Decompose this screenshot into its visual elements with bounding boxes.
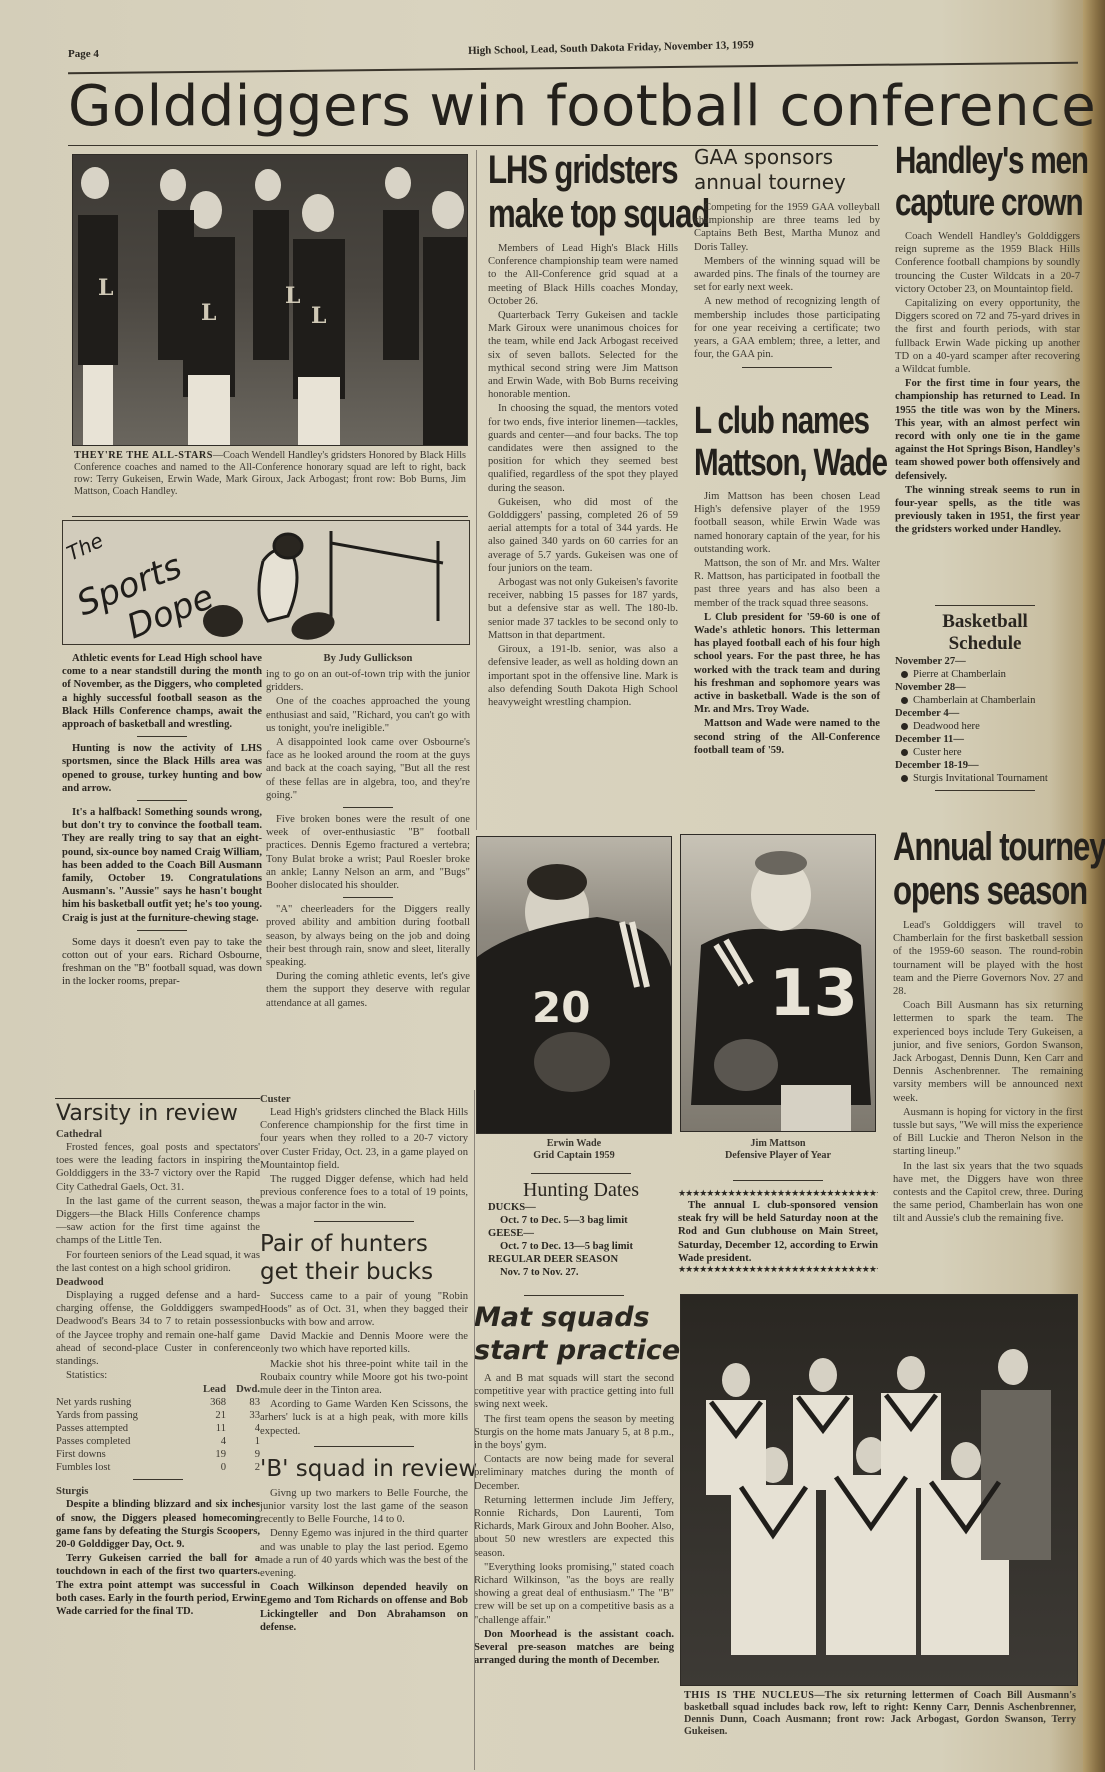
- nucleus-caption: THIS IS THE NUCLEUS—The six returning le…: [684, 1690, 1076, 1738]
- svg-text:The: The: [63, 528, 107, 565]
- svg-text:L: L: [285, 283, 300, 309]
- schedule-item: Chamberlain at Chamberlain: [895, 694, 1075, 707]
- caption-lead: THEY'RE THE ALL-STARS: [74, 450, 213, 461]
- mattson-caption: Jim Mattson Defensive Player of Year: [680, 1138, 876, 1162]
- table-row: Fumbles lost02: [56, 1461, 260, 1474]
- steak-fry-notice: ★★★★★★★★★★★★★★★★★★★★★★★★★★★★★ The annual…: [678, 1180, 878, 1275]
- schedule-item: Pierre at Chamberlain: [895, 668, 1075, 681]
- schedule-item: Deadwood here: [895, 720, 1075, 733]
- schedule-item: Custer here: [895, 746, 1075, 759]
- allstars-caption: THEY'RE THE ALL-STARS—Coach Wendell Hand…: [74, 450, 466, 498]
- svg-text:20: 20: [532, 983, 590, 1032]
- varsity-review-title: Varsity in review: [56, 1100, 260, 1128]
- gaa-article: GAA sponsors annual tourney Competing fo…: [694, 145, 880, 374]
- varsity-review-col: Varsity in review Cathedral Frosted fenc…: [56, 1100, 260, 1619]
- cartoon-dog-football-icon: The Sports Dope: [63, 521, 470, 645]
- svg-text:13: 13: [769, 957, 858, 1031]
- table-row: Passes attempted114: [56, 1422, 260, 1435]
- hunters-title-1: Pair of hunters: [260, 1230, 468, 1258]
- sports-dope-cartoon: The Sports Dope: [62, 520, 470, 645]
- star-border: ★★★★★★★★★★★★★★★★★★★★★★★★★★★★★: [678, 1189, 878, 1199]
- svg-text:L: L: [98, 275, 113, 301]
- byline: By Judy Gullickson: [266, 652, 470, 665]
- hunters-title-2: get their bucks: [260, 1258, 468, 1286]
- main-headline: Golddiggers win football conference titl…: [68, 72, 1083, 142]
- jim-mattson-photo: 13: [680, 834, 876, 1132]
- table-row: Passes completed41: [56, 1435, 260, 1448]
- basketball-nucleus-photo: [680, 1294, 1078, 1686]
- table-row: First downs199: [56, 1448, 260, 1461]
- middle-left-col: Custer Lead High's gridsters clinched th…: [260, 1093, 468, 1635]
- team-photo-silhouettes: LLLL: [73, 155, 468, 446]
- hunting-dates: Hunting Dates DUCKS— Oct. 7 to Dec. 5—3 …: [488, 1168, 674, 1279]
- table-row: Net yards rushing36883: [56, 1396, 260, 1409]
- page-number: Page 4: [68, 48, 99, 60]
- schedule-item: Sturgis Invitational Tournament: [895, 772, 1075, 785]
- table-row: Yards from passing2133: [56, 1409, 260, 1422]
- lhs-gridsters-article: LHS gridsters make top squad Members of …: [488, 148, 678, 710]
- mat-squads-article: Mat squads start practice A and B mat sq…: [474, 1290, 674, 1668]
- svg-text:L: L: [311, 303, 326, 329]
- allstars-photo: LLLL: [72, 154, 468, 446]
- caption-rule: [72, 516, 468, 517]
- annual-tourney-article: Annual tourney opens season Lead's Goldd…: [893, 825, 1083, 1227]
- dateline: High School, Lead, South Dakota Friday, …: [468, 39, 754, 57]
- basketball-schedule: Basketball Schedule November 27— Pierre …: [895, 600, 1075, 796]
- erwin-wade-photo: 20: [476, 836, 672, 1134]
- star-border: ★★★★★★★★★★★★★★★★★★★★★★★★★★★★★: [678, 1265, 878, 1275]
- l-club-article: L club names Mattson, Wade Jim Mattson h…: [694, 400, 880, 758]
- game-statistics-table: Lead Dwd. Net yards rushing36883 Yards f…: [56, 1383, 260, 1474]
- sports-dope-col1: Athletic events for Lead High school hav…: [62, 652, 262, 990]
- wade-caption: Erwin Wade Grid Captain 1959: [476, 1138, 672, 1162]
- newspaper-page: Page 4 High School, Lead, South Dakota F…: [0, 0, 1105, 1772]
- handley-article: Handley's men capture crown Coach Wendel…: [895, 140, 1080, 538]
- b-squad-title: 'B' squad in review: [260, 1455, 468, 1483]
- sports-dope-col2: By Judy Gullickson ing to go on an out-o…: [266, 652, 470, 1011]
- svg-text:L: L: [201, 300, 216, 326]
